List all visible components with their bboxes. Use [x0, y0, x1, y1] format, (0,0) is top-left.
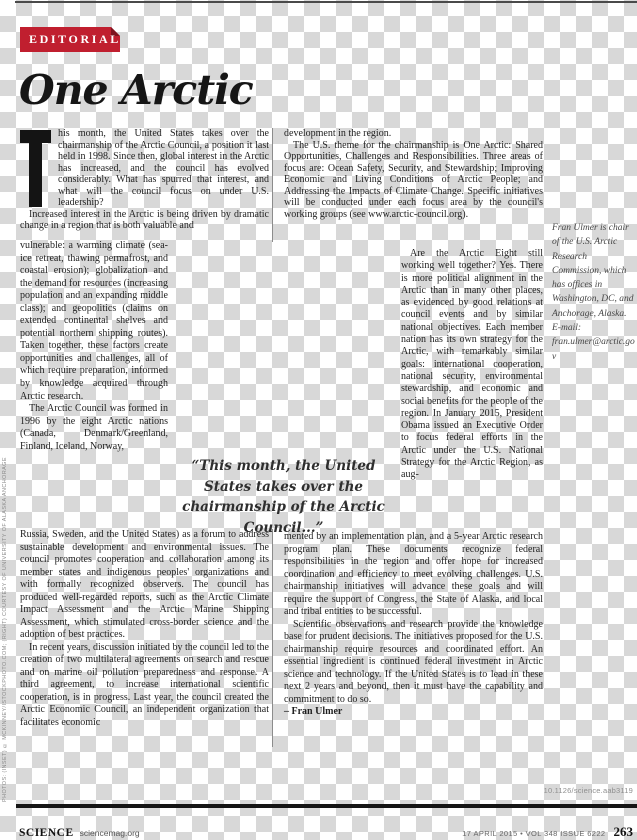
journal-name: SCIENCE	[19, 827, 74, 839]
issue-line: 17 APRIL 2015 • VOL 348 ISSUE 6222	[462, 829, 605, 838]
body-paragraph: The Arctic Council was formed in 1996 by…	[20, 403, 168, 453]
body-paragraph: The U.S. theme for the chairmanship is O…	[284, 140, 543, 221]
journal-website: sciencemag.org	[80, 828, 140, 838]
editorial-badge: EDITORIAL	[20, 27, 120, 52]
left-column-top: T his month, the United States takes ove…	[20, 128, 269, 232]
column-divider-bottom	[272, 529, 273, 747]
body-paragraph: development in the region.	[284, 128, 543, 140]
author-bio: Fran Ulmer is chair of the U.S. Arctic R…	[552, 221, 637, 364]
footer-right: 17 APRIL 2015 • VOL 348 ISSUE 6222263	[360, 823, 633, 840]
body-paragraph: mented by an implementation plan, and a …	[284, 531, 543, 619]
footer-rule	[16, 804, 637, 808]
body-paragraph: T his month, the United States takes ove…	[20, 128, 269, 209]
body-paragraph: Russia, Sweden, and the United States) a…	[20, 529, 269, 642]
body-paragraph: vulnerable: a warming climate (sea-ice r…	[20, 240, 168, 403]
top-hairline-rule	[15, 1, 637, 3]
right-column-narrow: Are the Arctic Eight still working well …	[401, 248, 543, 482]
body-paragraph: In recent years, discussion initiated by…	[20, 642, 269, 730]
author-signature: – Fran Ulmer	[284, 706, 543, 719]
column-divider-top	[272, 128, 273, 242]
pull-quote: “This month, the United States takes ove…	[167, 456, 400, 538]
body-paragraph: Increased interest in the Arctic is bein…	[20, 209, 269, 232]
page-number: 263	[614, 824, 634, 839]
doi-text: 10.1126/science.aab3119	[450, 786, 633, 795]
footer-left: SCIENCEsciencemag.org	[19, 823, 140, 840]
body-paragraph: Are the Arctic Eight still working well …	[401, 248, 543, 482]
dropcap-letter-T: T	[20, 130, 51, 207]
dropcap-stem	[29, 130, 42, 207]
left-column-narrow: vulnerable: a warming climate (sea-ice r…	[20, 240, 168, 453]
body-text: his month, the United States takes over …	[58, 128, 269, 208]
left-column-bottom: Russia, Sweden, and the United States) a…	[20, 529, 269, 729]
editorial-page: EDITORIAL One Arctic T his month, the Un…	[0, 0, 637, 840]
editorial-badge-label: EDITORIAL	[29, 27, 121, 52]
right-column-bottom: mented by an implementation plan, and a …	[284, 531, 543, 719]
right-column-top: development in the region. The U.S. them…	[284, 128, 543, 220]
body-paragraph: Scientific observations and research pro…	[284, 619, 543, 707]
page-title: One Arctic	[19, 68, 253, 113]
photo-credit: PHOTOS: (INSET) © MCKINNEY/ISTOCKPHOTO.C…	[2, 330, 8, 802]
